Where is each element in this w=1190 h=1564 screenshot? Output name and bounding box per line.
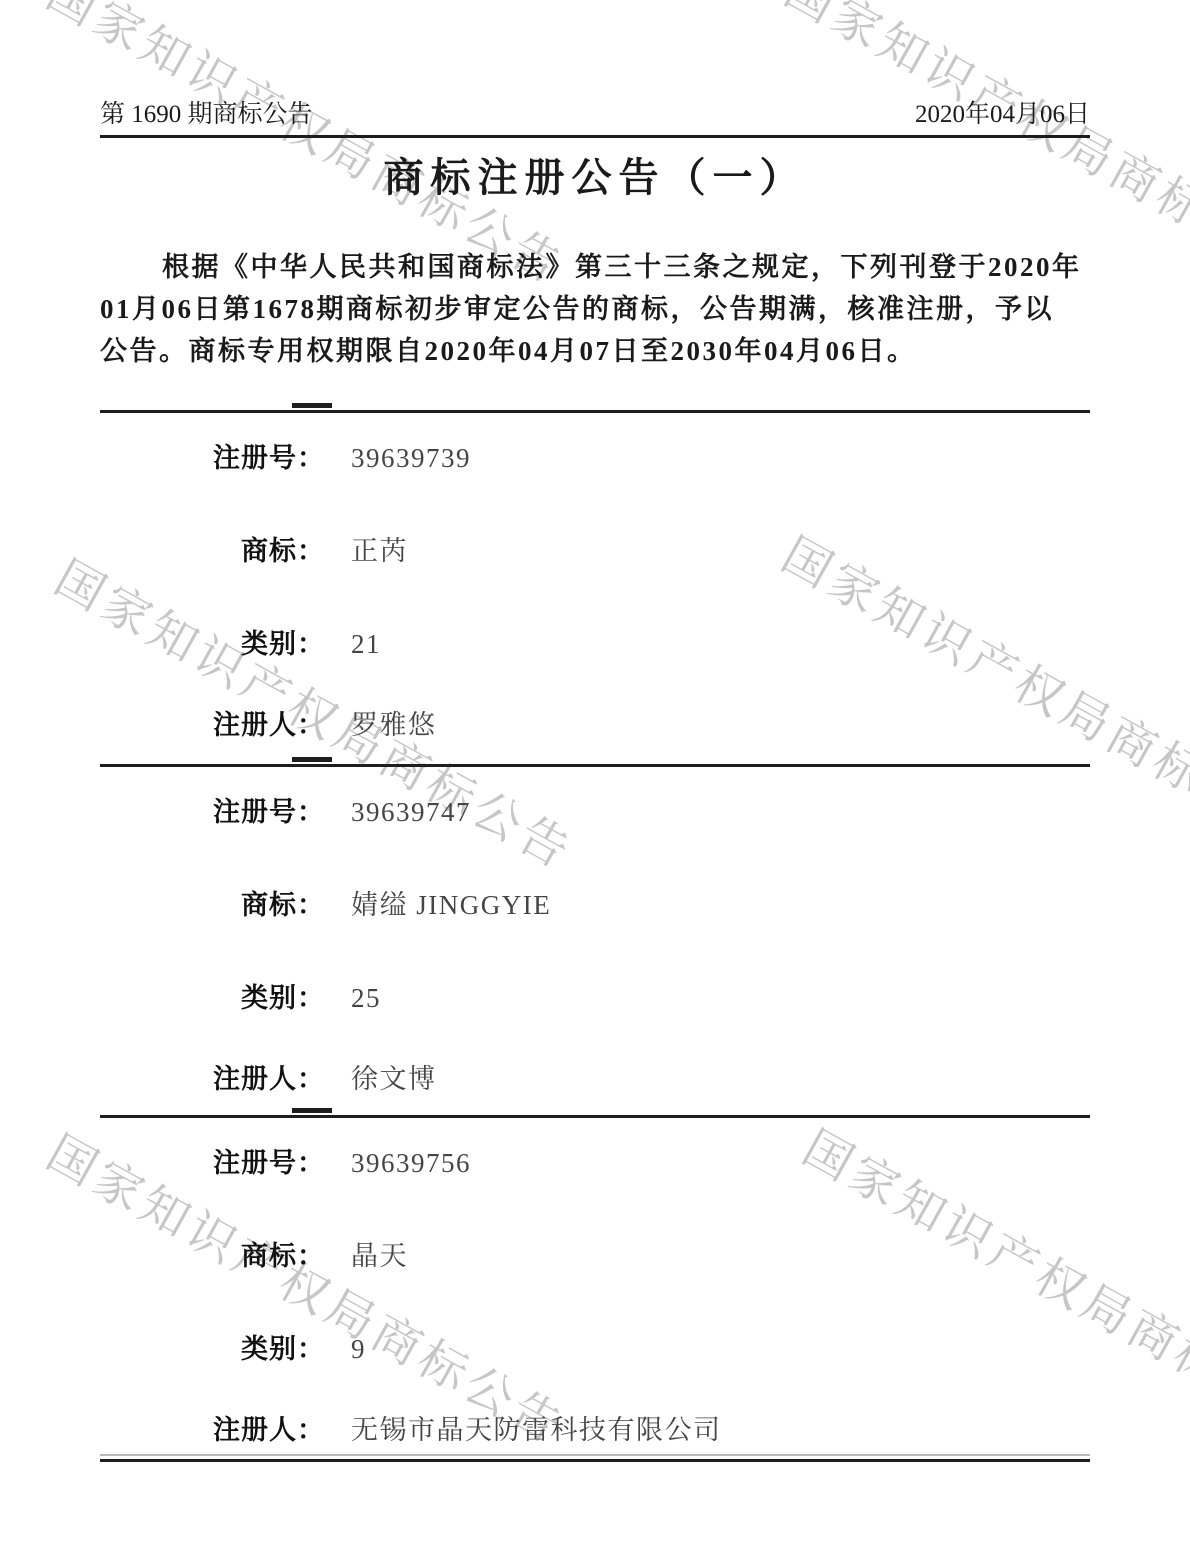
header-publication-date: 2020年04月06日 — [915, 94, 1090, 130]
field-value-registrant: 无锡市晶天防雷科技有限公司 — [351, 1408, 722, 1447]
field-value-reg-no: 39639756 — [351, 1148, 471, 1179]
record-row-registrant: 注册人： 罗雅悠 — [100, 703, 437, 742]
intro-line: 01月06日第1678期商标初步审定公告的商标，公告期满，核准注册，予以 — [100, 288, 1100, 330]
record-row-reg-no: 注册号： 39639747 — [100, 790, 471, 829]
trademark-record: 注册号： 39639747 商标： 婧缢 JINGGYIE 类别： 25 注册人… — [100, 764, 1090, 1111]
field-value-registrant: 徐文博 — [351, 1057, 437, 1096]
field-value-trademark: 婧缢 JINGGYIE — [351, 883, 551, 922]
field-value-category: 9 — [351, 1334, 366, 1365]
record-row-trademark: 商标： 正芮 — [100, 529, 408, 568]
divider-dash — [292, 757, 332, 762]
field-label-registrant: 注册人： — [100, 703, 325, 742]
field-label-category: 类别： — [100, 1327, 325, 1366]
field-label-category: 类别： — [100, 976, 325, 1015]
field-value-category: 25 — [351, 983, 381, 1014]
gazette-page: 国家知识产权局商标公告 国家知识产权局商标公告 国家知识产权局商标公告 国家知识… — [0, 0, 1190, 1564]
record-row-category: 类别： 21 — [100, 622, 381, 661]
bottom-divider — [100, 1459, 1090, 1462]
field-label-reg-no: 注册号： — [100, 436, 325, 475]
record-row-trademark: 商标： 晶天 — [100, 1234, 408, 1273]
field-label-registrant: 注册人： — [100, 1408, 325, 1447]
trademark-record: 注册号： 39639739 商标： 正芮 类别： 21 注册人： 罗雅悠 — [100, 410, 1090, 757]
field-value-trademark: 晶天 — [351, 1234, 408, 1273]
intro-line: 根据《中华人民共和国商标法》第三十三条之规定，下列刊登于2020年 — [100, 246, 1100, 288]
record-row-category: 类别： 25 — [100, 976, 381, 1015]
page-title: 商标注册公告（一） — [0, 146, 1190, 203]
field-label-category: 类别： — [100, 622, 325, 661]
field-label-registrant: 注册人： — [100, 1057, 325, 1096]
divider-dash — [292, 403, 332, 408]
record-row-reg-no: 注册号： 39639756 — [100, 1141, 471, 1180]
record-divider — [100, 1115, 1090, 1118]
bottom-divider-echo — [100, 1454, 1090, 1456]
intro-paragraph: 根据《中华人民共和国商标法》第三十三条之规定，下列刊登于2020年 01月06日… — [100, 246, 1100, 372]
record-divider — [100, 410, 1090, 413]
divider-dash — [292, 1108, 332, 1113]
field-label-reg-no: 注册号： — [100, 1141, 325, 1180]
field-value-reg-no: 39639739 — [351, 443, 471, 474]
record-row-category: 类别： 9 — [100, 1327, 366, 1366]
field-label-trademark: 商标： — [100, 883, 325, 922]
field-value-category: 21 — [351, 629, 381, 660]
field-value-reg-no: 39639747 — [351, 797, 471, 828]
record-row-trademark: 商标： 婧缢 JINGGYIE — [100, 883, 551, 922]
record-row-registrant: 注册人： 无锡市晶天防雷科技有限公司 — [100, 1408, 722, 1447]
field-label-reg-no: 注册号： — [100, 790, 325, 829]
header-divider — [100, 135, 1090, 138]
record-row-registrant: 注册人： 徐文博 — [100, 1057, 437, 1096]
record-row-reg-no: 注册号： 39639739 — [100, 436, 471, 475]
intro-line: 公告。商标专用权期限自2020年04月07日至2030年04月06日。 — [100, 330, 1100, 372]
field-label-trademark: 商标： — [100, 529, 325, 568]
field-label-trademark: 商标： — [100, 1234, 325, 1273]
trademark-record: 注册号： 39639756 商标： 晶天 类别： 9 注册人： 无锡市晶天防雷科… — [100, 1115, 1090, 1462]
header-issue-number: 第 1690 期商标公告 — [100, 94, 313, 130]
field-value-registrant: 罗雅悠 — [351, 703, 437, 742]
record-divider — [100, 764, 1090, 767]
field-value-trademark: 正芮 — [351, 529, 408, 568]
